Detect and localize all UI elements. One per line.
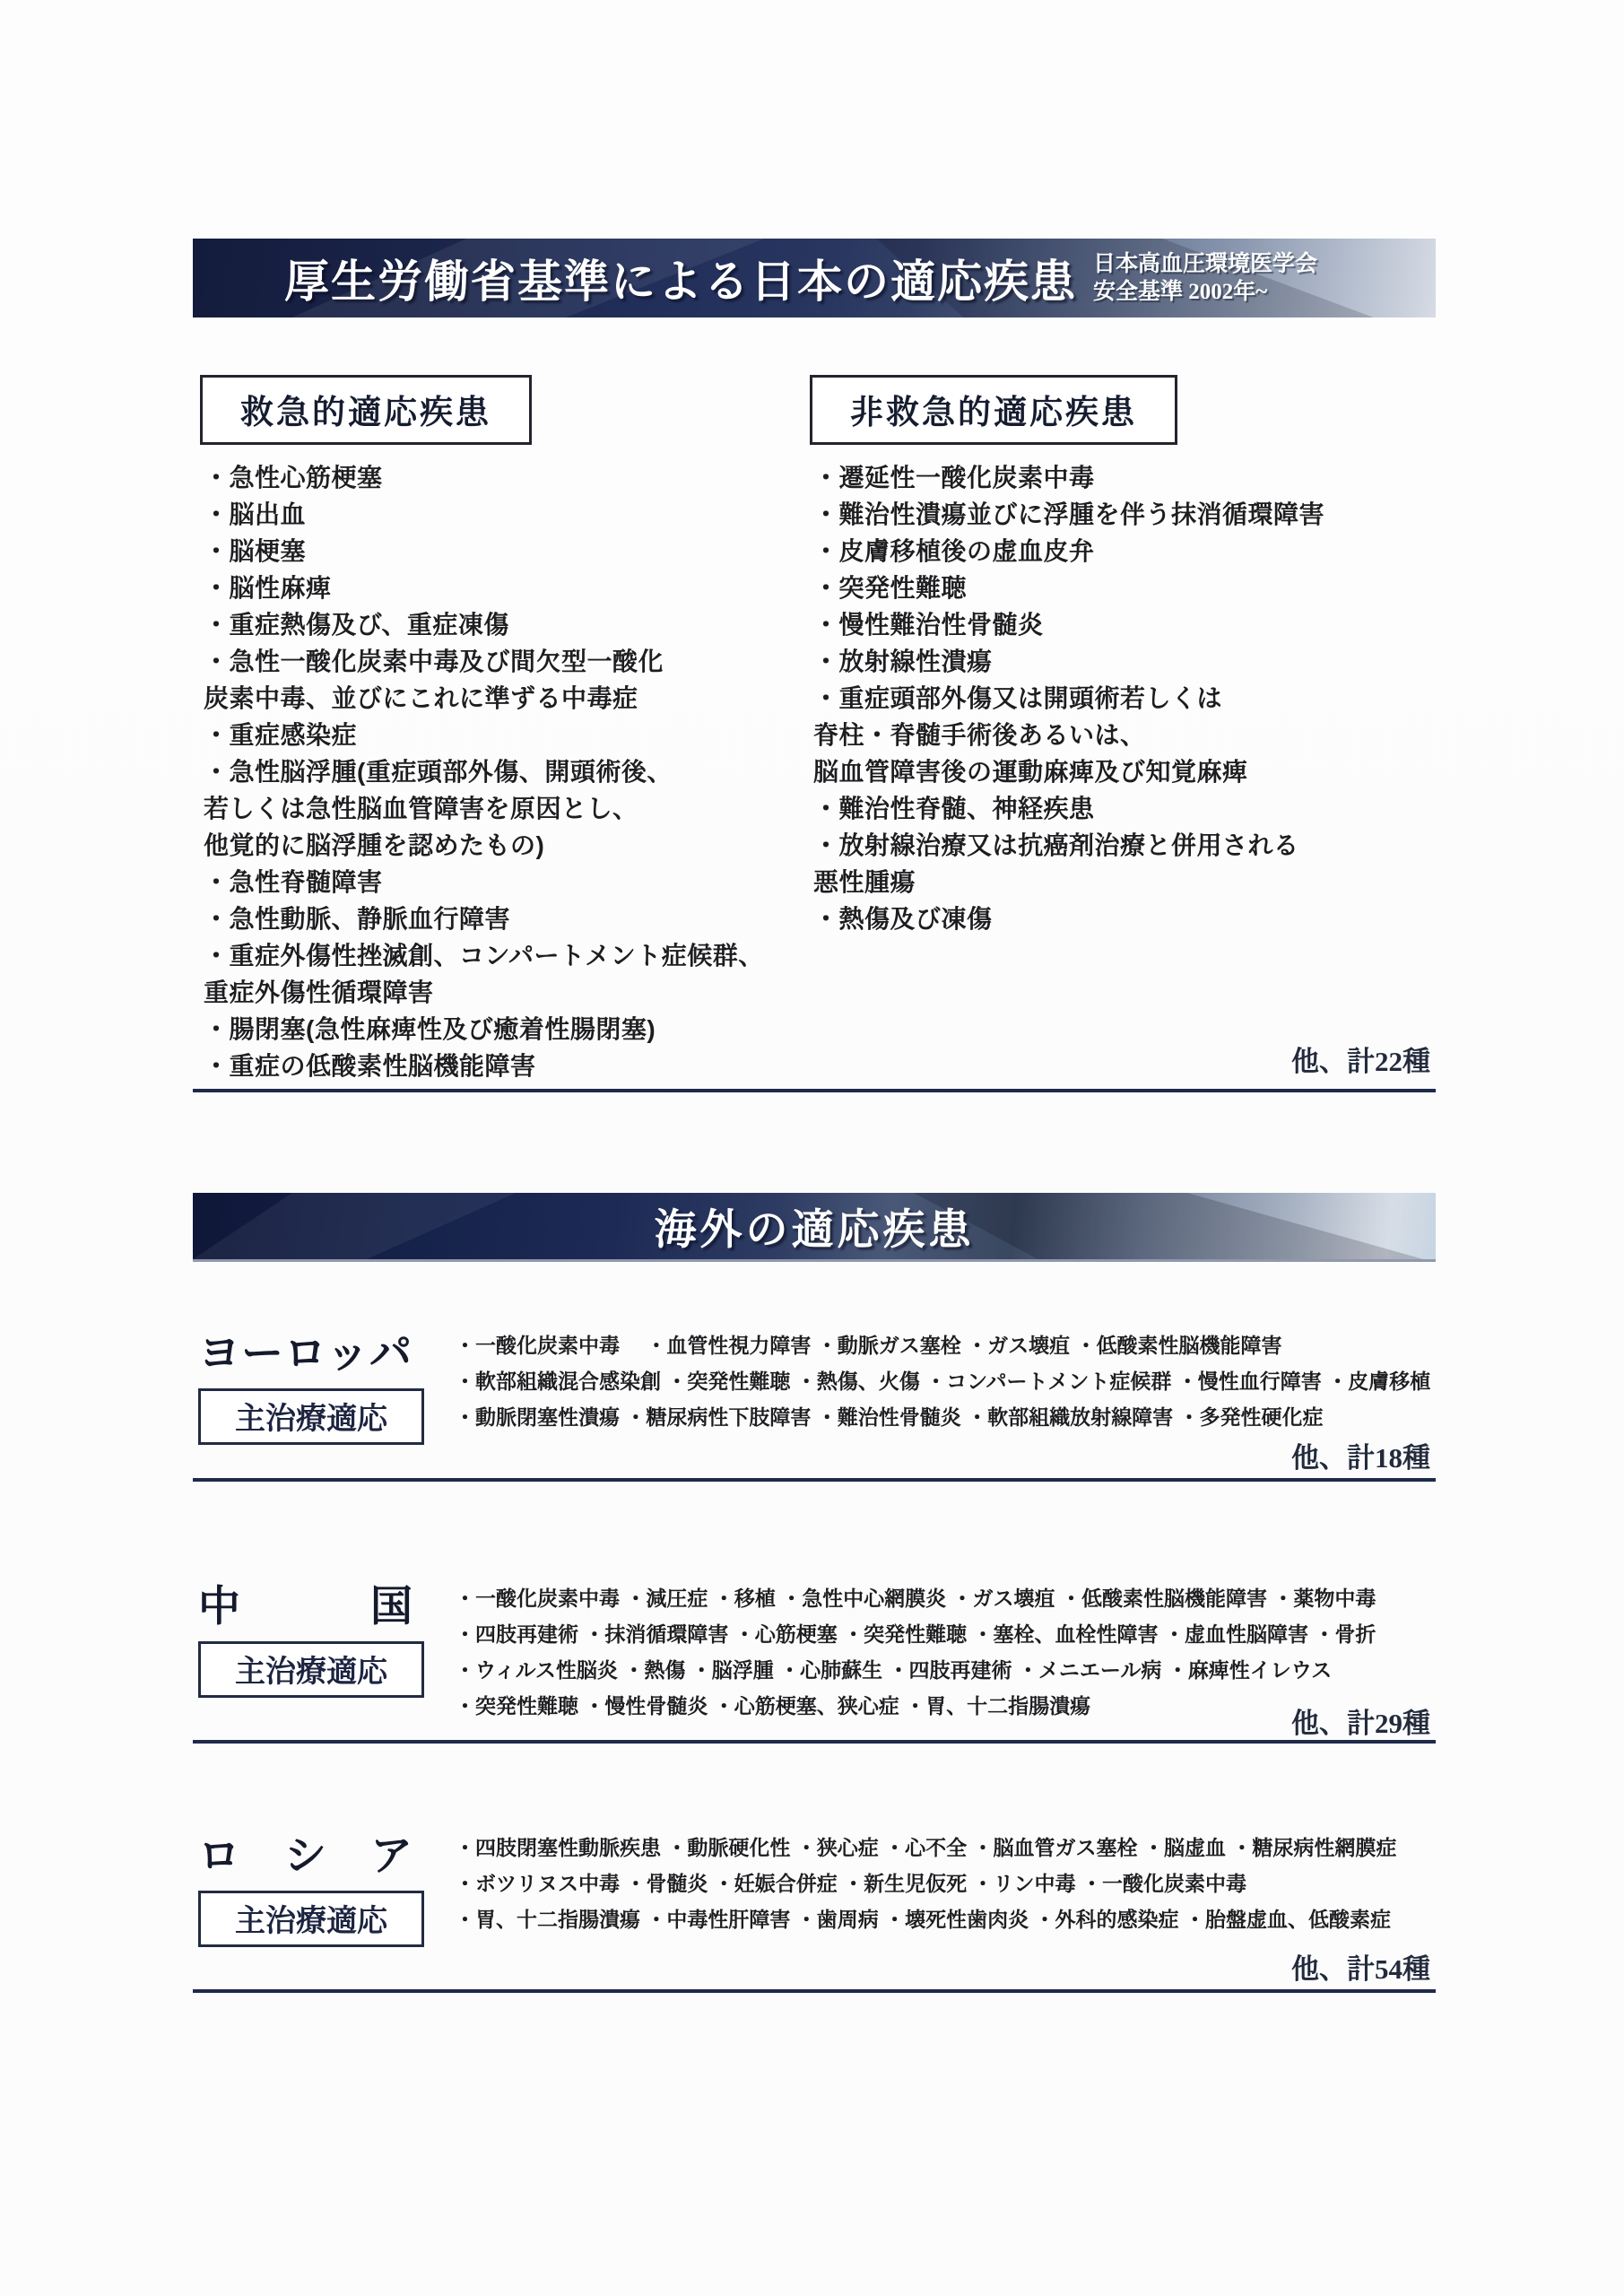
section-divider	[193, 1089, 1436, 1092]
list-item: ・腸閉塞(急性麻痺性及び癒着性腸閉塞)	[204, 1011, 795, 1048]
list-item: ・皮膚移植後の虚血皮弁	[813, 533, 1432, 570]
japan-banner-subtitle: 日本高血圧環境医学会 安全基準 2002年~	[1093, 250, 1317, 306]
list-item: ・重症頭部外傷又は開頭術若しくは	[813, 680, 1432, 717]
list-line: ・軟部組織混合感染創 ・突発性難聴 ・熱傷、火傷 ・コンパートメント症候群 ・慢…	[455, 1363, 1430, 1399]
list-item-continuation: 他覚的に脳浮腫を認めたもの)	[204, 827, 795, 864]
list-item: ・重症外傷性挫滅創、コンパートメント症候群、	[204, 937, 795, 974]
primary-treatment-badge: 主治療適応	[198, 1891, 424, 1947]
japan-indications-section: 救急的適応疾患 非救急的適応疾患 ・急性心筋梗塞 ・脳出血 ・脳梗塞 ・脳性麻痺…	[193, 375, 1436, 1101]
list-item: ・急性脊髄障害	[204, 864, 795, 900]
list-item-continuation: 脊柱・脊髄手術後あるいは、	[813, 717, 1432, 753]
page-content: 厚生労働省基準による日本の適応疾患 日本高血圧環境医学会 安全基準 2002年~…	[193, 0, 1436, 2296]
list-item-continuation: 重症外傷性循環障害	[204, 974, 795, 1011]
list-line: ・一酸化炭素中毒 ・減圧症 ・移植 ・急性中心網膜炎 ・ガス壊疽 ・低酸素性脳機…	[455, 1580, 1376, 1616]
region-name-europe: ヨーロッパ	[198, 1320, 413, 1380]
japan-indications-banner: 厚生労働省基準による日本の適応疾患 日本高血圧環境医学会 安全基準 2002年~	[193, 239, 1436, 317]
list-line: ・突発性難聴 ・慢性骨髄炎 ・心筋梗塞、狭心症 ・胃、十二指腸潰瘍	[455, 1688, 1376, 1724]
overseas-indications-banner: 海外の適応疾患	[193, 1193, 1436, 1262]
list-line: ・四肢閉塞性動脈疾患 ・動脈硬化性 ・狭心症 ・心不全 ・脳血管ガス塞栓 ・脳虚…	[455, 1830, 1396, 1865]
list-item: ・重症熱傷及び、重症凍傷	[204, 606, 795, 643]
list-item: ・遷延性一酸化炭素中毒	[813, 459, 1432, 496]
list-line: ・胃、十二指腸潰瘍 ・中毒性肝障害 ・歯周病 ・壊死性歯肉炎 ・外科的感染症 ・…	[455, 1901, 1396, 1937]
list-item: ・脳出血	[204, 496, 795, 533]
list-item: ・急性動脈、静脈血行障害	[204, 900, 795, 937]
primary-treatment-badge: 主治療適応	[198, 1641, 424, 1698]
non-emergency-indications-list: ・遷延性一酸化炭素中毒 ・難治性潰瘍並びに浮腫を伴う抹消循環障害 ・皮膚移植後の…	[813, 459, 1432, 937]
list-item: ・急性脳浮腫(重症頭部外傷、開頭術後、	[204, 753, 795, 790]
russia-total-count: 他、計54種	[1291, 1946, 1430, 1987]
list-line: ・一酸化炭素中毒 ・血管性視力障害 ・動脈ガス塞栓 ・ガス壊疽 ・低酸素性脳機能…	[455, 1327, 1430, 1363]
japan-total-count: 他、計22種	[1291, 1039, 1430, 1079]
list-item: ・難治性潰瘍並びに浮腫を伴う抹消循環障害	[813, 496, 1432, 533]
list-item-continuation: 若しくは急性脳血管障害を原因とし、	[204, 790, 795, 827]
list-line: ・ウィルス性脳炎 ・熱傷 ・脳浮腫 ・心肺蘇生 ・四肢再建術 ・メニエール病 ・…	[455, 1652, 1376, 1688]
list-line: ・四肢再建術 ・抹消循環障害 ・心筋梗塞 ・突発性難聴 ・塞栓、血栓性障害 ・虚…	[455, 1616, 1376, 1652]
list-item: ・慢性難治性骨髄炎	[813, 606, 1432, 643]
europe-indications-list: ・一酸化炭素中毒 ・血管性視力障害 ・動脈ガス塞栓 ・ガス壊疽 ・低酸素性脳機能…	[455, 1327, 1430, 1435]
list-line: ・ボツリヌス中毒 ・骨髄炎 ・妊娠合併症 ・新生児仮死 ・リン中毒 ・一酸化炭素…	[455, 1865, 1396, 1901]
region-section-russia: ロ シ ア 主治療適応 ・四肢閉塞性動脈疾患 ・動脈硬化性 ・狭心症 ・心不全 …	[193, 1822, 1436, 1993]
list-item: ・放射線治療又は抗癌剤治療と併用される	[813, 827, 1432, 864]
overseas-banner-title: 海外の適応疾患	[655, 1196, 975, 1257]
list-item: ・急性心筋梗塞	[204, 459, 795, 496]
china-indications-list: ・一酸化炭素中毒 ・減圧症 ・移植 ・急性中心網膜炎 ・ガス壊疽 ・低酸素性脳機…	[455, 1580, 1376, 1724]
list-item: ・重症の低酸素性脳機能障害	[204, 1048, 795, 1084]
list-item: ・難治性脊髄、神経疾患	[813, 790, 1432, 827]
europe-total-count: 他、計18種	[1291, 1435, 1430, 1475]
list-item: ・脳性麻痺	[204, 570, 795, 606]
region-name-russia: ロ シ ア	[198, 1822, 413, 1883]
emergency-indications-list: ・急性心筋梗塞 ・脳出血 ・脳梗塞 ・脳性麻痺 ・重症熱傷及び、重症凍傷 ・急性…	[204, 459, 795, 1084]
russia-indications-list: ・四肢閉塞性動脈疾患 ・動脈硬化性 ・狭心症 ・心不全 ・脳血管ガス塞栓 ・脳虚…	[455, 1830, 1396, 1937]
document-page: 厚生労働省基準による日本の適応疾患 日本高血圧環境医学会 安全基準 2002年~…	[0, 0, 1624, 2296]
primary-treatment-badge: 主治療適応	[198, 1388, 424, 1445]
list-item: ・熱傷及び凍傷	[813, 900, 1432, 937]
section-divider	[193, 1989, 1436, 1993]
list-item: ・重症感染症	[204, 717, 795, 753]
list-item-continuation: 脳血管障害後の運動麻痺及び知覚麻痺	[813, 753, 1432, 790]
non-emergency-indications-header: 非救急的適応疾患	[810, 375, 1177, 445]
emergency-indications-header: 救急的適応疾患	[200, 375, 532, 445]
region-section-china: 中 国 主治療適応 ・一酸化炭素中毒 ・減圧症 ・移植 ・急性中心網膜炎 ・ガス…	[193, 1573, 1436, 1744]
safety-standard-year: 安全基準 2002年~	[1093, 278, 1317, 306]
list-item: ・突発性難聴	[813, 570, 1432, 606]
list-item: ・急性一酸化炭素中毒及び間欠型一酸化	[204, 643, 795, 680]
japan-banner-title: 厚生労働省基準による日本の適応疾患	[284, 246, 1077, 310]
region-section-europe: ヨーロッパ 主治療適応 ・一酸化炭素中毒 ・血管性視力障害 ・動脈ガス塞栓 ・ガ…	[193, 1320, 1436, 1482]
list-line: ・動脈閉塞性潰瘍 ・糖尿病性下肢障害 ・難治性骨髄炎 ・軟部組織放射線障害 ・多…	[455, 1399, 1430, 1435]
list-item-continuation: 炭素中毒、並びにこれに準ずる中毒症	[204, 680, 795, 717]
section-divider	[193, 1478, 1436, 1482]
section-divider	[193, 1740, 1436, 1744]
list-item-continuation: 悪性腫瘍	[813, 864, 1432, 900]
region-name-china: 中 国	[198, 1573, 413, 1633]
list-item: ・脳梗塞	[204, 533, 795, 570]
china-total-count: 他、計29種	[1291, 1700, 1430, 1741]
society-name: 日本高血圧環境医学会	[1093, 250, 1317, 278]
list-item: ・放射線性潰瘍	[813, 643, 1432, 680]
